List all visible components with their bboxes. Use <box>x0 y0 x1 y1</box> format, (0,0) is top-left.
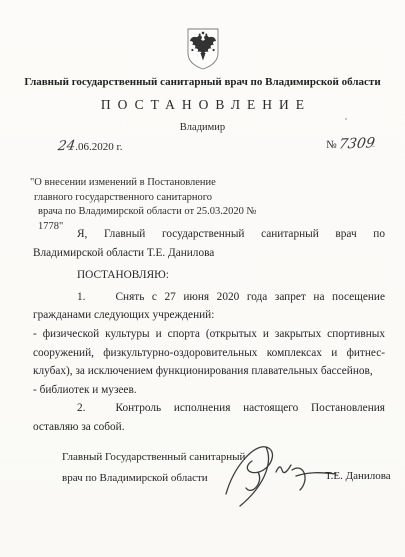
subject-line: "О внесении изменений в Постановление <box>30 176 280 191</box>
scan-noise-speck <box>372 146 375 147</box>
intro-paragraph: Я, Главный государственный санитарный вр… <box>33 225 385 262</box>
document-body: Я, Главный государственный санитарный вр… <box>33 225 385 437</box>
list-item-2: - библиотек и музеев. <box>33 381 385 400</box>
scan-noise-speck <box>118 388 120 390</box>
paragraph-2-number: 2. <box>77 402 115 414</box>
subject-line: главного государственного санитарного <box>30 191 280 206</box>
document-page: Главный государственный санитарный врач … <box>0 0 405 557</box>
resolve-heading: ПОСТАНОВЛЯЮ: <box>33 266 385 285</box>
signatory-name: Т.Е. Данилова <box>325 470 391 482</box>
document-number: № 7309 <box>326 136 375 152</box>
handwritten-day: 24 <box>57 138 77 155</box>
coat-of-arms-icon <box>184 26 222 72</box>
issuing-authority-title: Главный государственный санитарный врач … <box>0 76 405 88</box>
paragraph-1-number: 1. <box>77 291 115 303</box>
document-date: 24.06.2020 г. <box>58 138 122 154</box>
number-sign: № <box>326 139 337 151</box>
handwritten-number: 7309 <box>338 135 376 152</box>
signature-icon <box>212 438 340 510</box>
paragraph-2: 2.Контроль исполнения настоящего Постано… <box>33 399 385 436</box>
city-label: Владимир <box>0 122 405 133</box>
scan-noise-speck <box>345 118 347 120</box>
typed-date-part: .06.2020 г. <box>75 141 122 153</box>
paragraph-1: 1.Снять с 27 июня 2020 года запрет на по… <box>33 288 385 325</box>
document-type-heading: ПОСТАНОВЛЕНИЕ <box>0 97 405 113</box>
list-item-1: - физической культуры и спорта (открытых… <box>33 325 385 381</box>
